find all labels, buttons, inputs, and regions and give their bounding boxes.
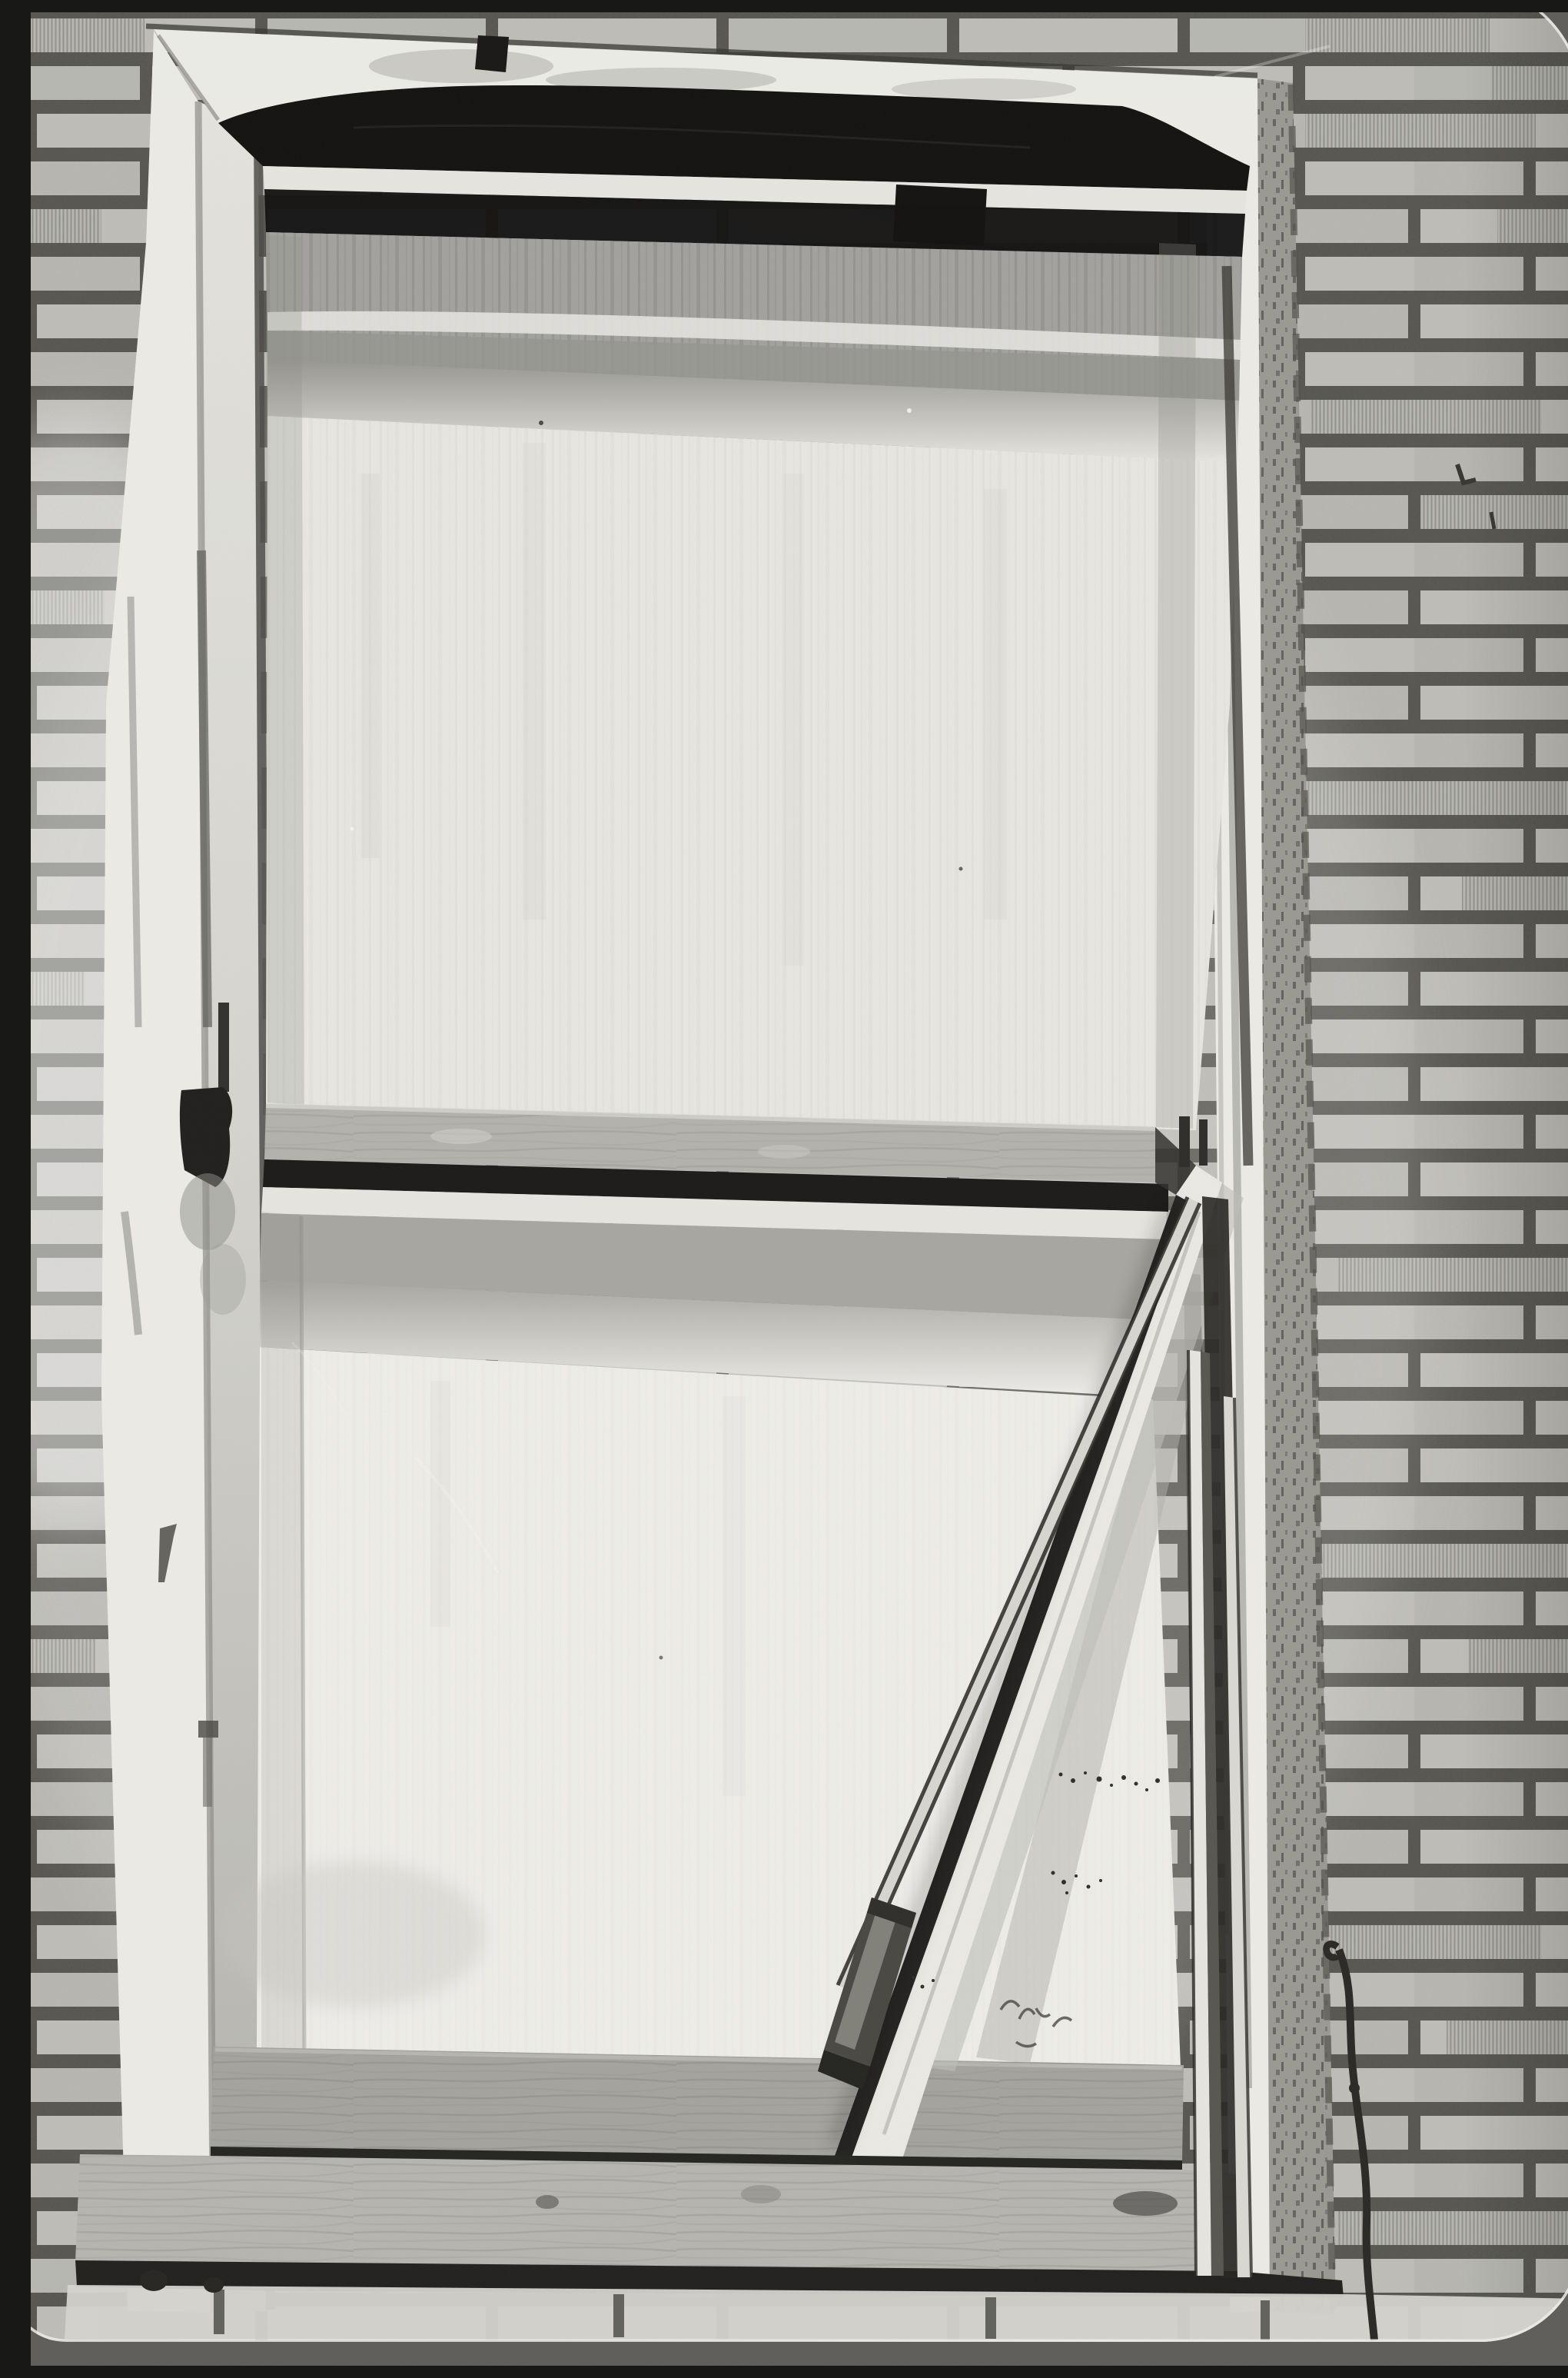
photograph (31, 12, 1568, 2366)
photo-canvas (31, 12, 1568, 2366)
film-grain (31, 12, 1568, 2366)
photo-print (31, 12, 1568, 2366)
